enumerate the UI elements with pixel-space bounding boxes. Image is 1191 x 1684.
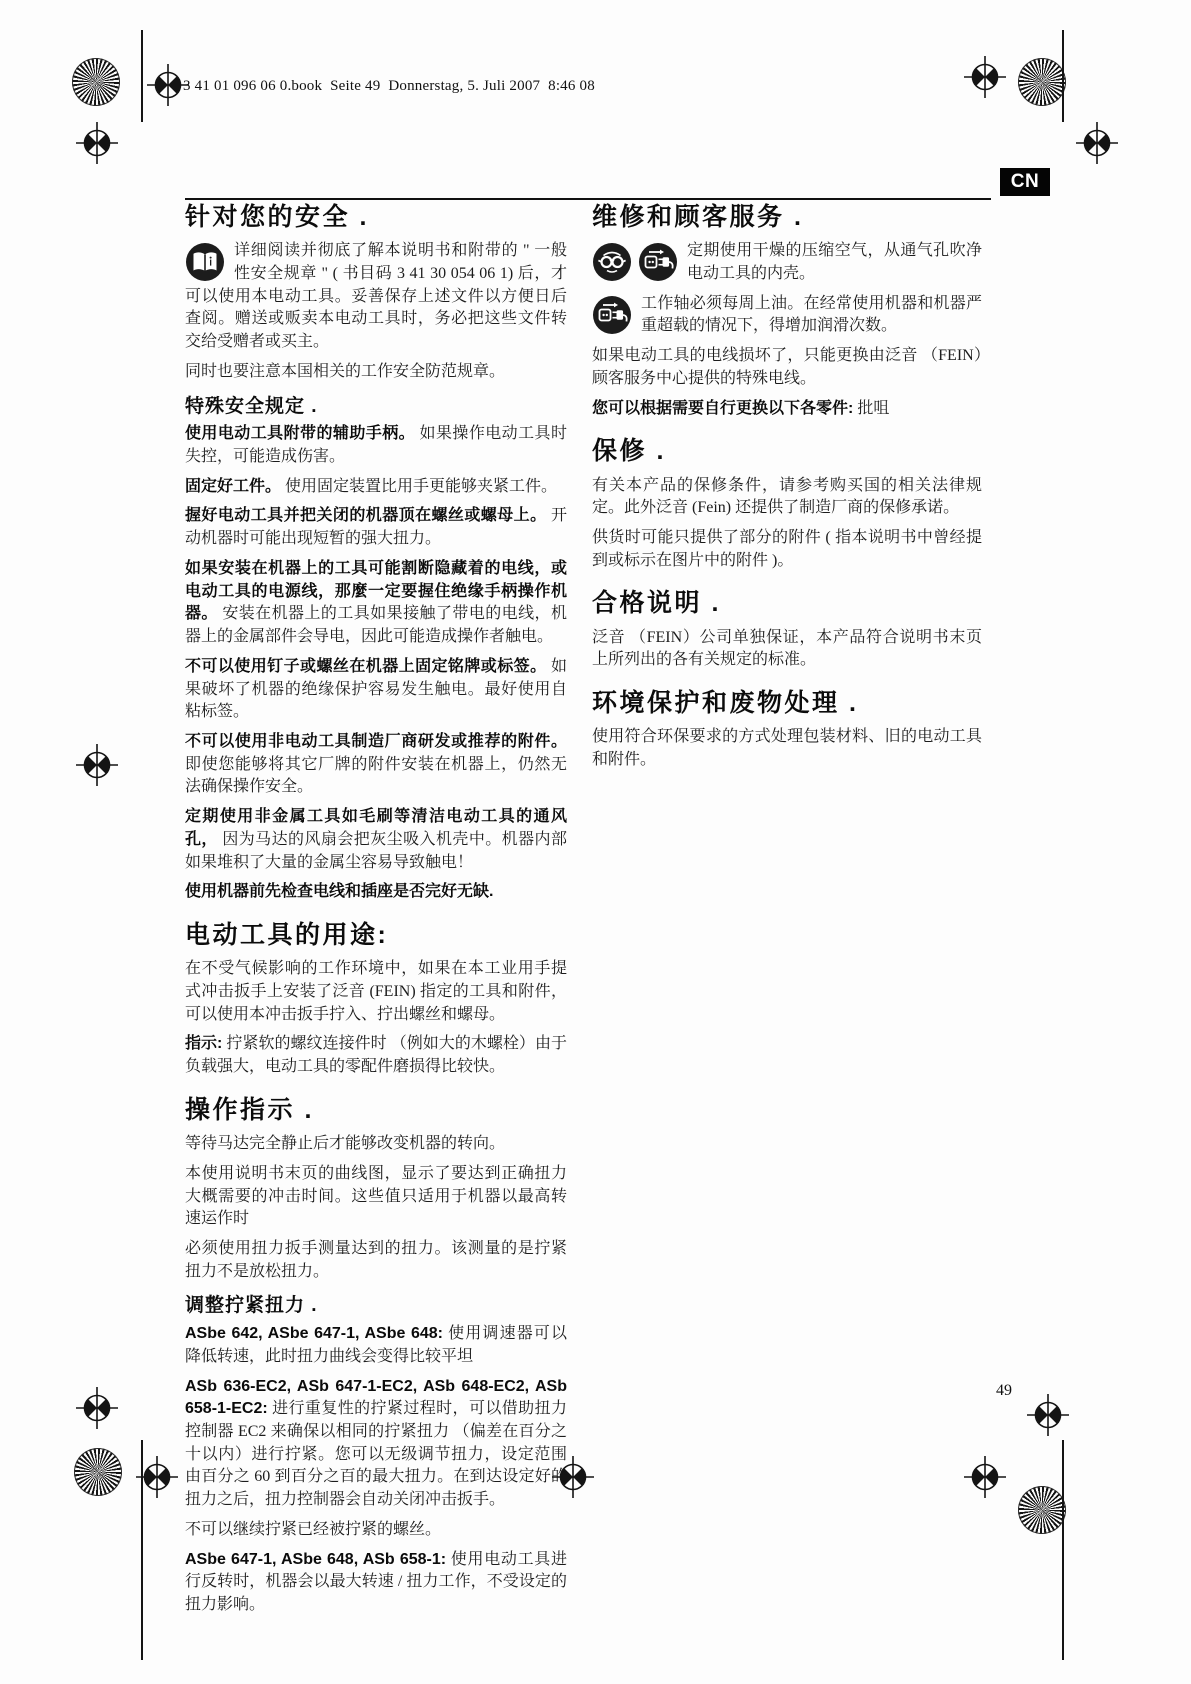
- column-right: 维修和顾客服务 .定期使用干燥的压缩空气，从通气孔吹净电动工具的内壳。工作轴必须…: [592, 202, 982, 779]
- paragraph-text: 同时也要注意本国相关的工作安全防范规章。: [185, 363, 505, 380]
- section-heading: 调整拧紧扭力 .: [185, 1294, 567, 1318]
- paragraph-text: 不可以继续拧紧已经被拧紧的螺丝。: [185, 1521, 441, 1538]
- paragraph-text: 使用符合环保要求的方式处理包装材料、旧的电动工具和附件。: [592, 728, 982, 768]
- paragraph: 同时也要注意本国相关的工作安全防范规章。: [185, 361, 567, 384]
- section-heading: 电动工具的用途:: [185, 920, 567, 951]
- paragraph: 工作轴必须每周上油。在经常使用机器和机器严重超载的情况下，得增加润滑次数。: [592, 293, 982, 338]
- paragraph-lead: 不可以使用非电动工具制造厂商研发或推荐的附件。: [185, 733, 567, 750]
- open-book-icon: [185, 242, 225, 282]
- paragraph: 握好电动工具并把关闭的机器顶在螺丝或螺母上。 开动机器时可能出现短暂的强大扭力。: [185, 505, 567, 550]
- registration-mark: [1075, 121, 1119, 165]
- registration-mark: [963, 1455, 1007, 1499]
- icon-row: [185, 242, 225, 282]
- section-heading: 合格说明 .: [592, 588, 982, 619]
- paragraph-text: 使用固定装置比用手更能够夹紧工件。: [285, 478, 557, 495]
- trim-line: [1062, 30, 1064, 122]
- paragraph: 不可以继续拧紧已经被拧紧的螺丝。: [185, 1519, 567, 1542]
- paragraph: 供货时可能只提供了部分的附件 ( 指本说明书中曾经提到或标示在图片中的附件 )。: [592, 527, 982, 572]
- language-badge: CN: [1000, 168, 1050, 196]
- icon-row: [592, 242, 678, 282]
- paragraph: 泛音 （FEIN）公司单独保证，本产品符合说明书末页上所列出的各有关规定的标准。: [592, 627, 982, 672]
- registration-mark: [963, 55, 1007, 99]
- paragraph: 有关本产品的保修条件，请参考购买国的相关法律规定。此外泛音 (Fein) 还提供…: [592, 475, 982, 520]
- paragraph: 本使用说明书末页的曲线图，显示了要达到正确扭力大概需要的冲击时间。这些值只适用于…: [185, 1163, 567, 1231]
- paragraph-text: 供货时可能只提供了部分的附件 ( 指本说明书中曾经提到或标示在图片中的附件 )。: [592, 529, 982, 569]
- paragraph: 使用机器前先检查电线和插座是否完好无缺.: [185, 881, 567, 904]
- column-left: 针对您的安全 .详细阅读并彻底了解本说明书和附带的 " 一般性安全规章 " ( …: [185, 202, 567, 1624]
- paragraph: 如果电动工具的电线损坏了，只能更换由泛音 （FEIN）顾客服务中心提供的特殊电线…: [592, 345, 982, 390]
- paragraph-lead: 使用电动工具附带的辅助手柄。: [185, 425, 415, 442]
- section-heading: 保修 .: [592, 436, 982, 467]
- trim-line: [1062, 1440, 1064, 1660]
- manual-page: 3 41 01 096 06 0.book Seite 49 Donnersta…: [0, 0, 1191, 1684]
- paragraph-lead: 指示:: [185, 1035, 222, 1052]
- paragraph-lead: 不可以使用钉子或螺丝在机器上固定铭牌或标签。: [185, 658, 547, 675]
- registration-mark: [75, 743, 119, 787]
- starburst-mark: [1018, 1486, 1066, 1534]
- paragraph: 指示: 拧紧软的螺纹连接件时 （例如大的木螺栓）由于负载强大，电动工具的零配件磨…: [185, 1033, 567, 1078]
- paragraph: 固定好工件。 使用固定装置比用手更能够夹紧工件。: [185, 476, 567, 499]
- print-header: 3 41 01 096 06 0.book Seite 49 Donnersta…: [183, 78, 595, 95]
- paragraph-text: 在不受气候影响的工作环境中，如果在本工业用手提式冲击扳手上安装了泛音 (FEIN…: [185, 960, 567, 1022]
- unplug-icon: [592, 295, 632, 335]
- section-heading: 维修和顾客服务 .: [592, 202, 982, 233]
- paragraph-text: 安装在机器上的工具如果接触了带电的电线，机器上的金属部件会导电，因此可能造成操作…: [185, 605, 567, 645]
- paragraph-text: 有关本产品的保修条件，请参考购买国的相关法律规定。此外泛音 (Fein) 还提供…: [592, 477, 982, 517]
- paragraph: ASbe 647-1, ASbe 648, ASb 658-1: 使用电动工具进…: [185, 1549, 567, 1617]
- paragraph: ASb 636-EC2, ASb 647-1-EC2, ASb 648-EC2,…: [185, 1376, 567, 1512]
- paragraph: 详细阅读并彻底了解本说明书和附带的 " 一般性安全规章 " ( 书目码 3 41…: [185, 240, 567, 354]
- paragraph-lead: ASbe 642, ASbe 647-1, ASbe 648:: [185, 1325, 443, 1342]
- starburst-mark: [74, 1448, 122, 1496]
- paragraph: 定期使用干燥的压缩空气，从通气孔吹净电动工具的内壳。: [592, 240, 982, 285]
- paragraph-text: 批咀: [857, 400, 889, 417]
- paragraph: 如果安装在机器上的工具可能割断隐藏着的电线，或电动工具的电源线，那麼一定要握住绝…: [185, 558, 567, 649]
- paragraph: 使用电动工具附带的辅助手柄。 如果操作电动工具时失控，可能造成伤害。: [185, 423, 567, 468]
- registration-mark: [1026, 1393, 1070, 1437]
- paragraph: 定期使用非金属工具如毛刷等清洁电动工具的通风孔， 因为马达的风扇会把灰尘吸入机壳…: [185, 806, 567, 874]
- section-heading: 环境保护和废物处理 .: [592, 688, 982, 719]
- paragraph: 等待马达完全静止后才能够改变机器的转向。: [185, 1133, 567, 1156]
- paragraph: 必须使用扭力扳手测量达到的扭力。该测量的是拧紧扭力不是放松扭力。: [185, 1238, 567, 1283]
- paragraph: 在不受气候影响的工作环境中，如果在本工业用手提式冲击扳手上安装了泛音 (FEIN…: [185, 958, 567, 1026]
- paragraph-lead: 使用机器前先检查电线和插座是否完好无缺.: [185, 883, 493, 900]
- paragraph-lead: 固定好工件。: [185, 478, 281, 495]
- registration-mark: [75, 121, 119, 165]
- paragraph: ASbe 642, ASbe 647-1, ASbe 648: 使用调速器可以降…: [185, 1323, 567, 1368]
- paragraph-text: 泛音 （FEIN）公司单独保证，本产品符合说明书末页上所列出的各有关规定的标准。: [592, 629, 982, 669]
- paragraph-lead: ASbe 647-1, ASbe 648, ASb 658-1:: [185, 1551, 446, 1568]
- trim-line: [141, 30, 143, 122]
- paragraph-lead: 您可以根据需要自行更换以下各零件:: [592, 400, 853, 417]
- registration-mark: [75, 1386, 119, 1430]
- section-heading: 特殊安全规定 .: [185, 395, 567, 419]
- paragraph: 使用符合环保要求的方式处理包装材料、旧的电动工具和附件。: [592, 726, 982, 771]
- paragraph-text: 拧紧软的螺纹连接件时 （例如大的木螺栓）由于负载强大，电动工具的零配件磨损得比较…: [185, 1035, 567, 1075]
- paragraph-text: 定期使用干燥的压缩空气，从通气孔吹净电动工具的内壳。: [687, 242, 982, 282]
- paragraph-text: 即使您能够将其它厂牌的附件安装在机器上，仍然无法确保操作安全。: [185, 756, 567, 796]
- page-number: 49: [592, 1382, 1012, 1400]
- registration-mark: [551, 1455, 595, 1499]
- paragraph-text: 必须使用扭力扳手测量达到的扭力。该测量的是拧紧扭力不是放松扭力。: [185, 1240, 567, 1280]
- registration-mark: [146, 63, 190, 107]
- paragraph-text: 工作轴必须每周上油。在经常使用机器和机器严重超载的情况下，得增加润滑次数。: [641, 295, 982, 335]
- paragraph: 不可以使用钉子或螺丝在机器上固定铭牌或标签。 如果破坏了机器的绝缘保护容易发生触…: [185, 656, 567, 724]
- unplug-icon: [638, 242, 678, 282]
- goggles-icon: [592, 242, 632, 282]
- header-rule: [185, 198, 991, 200]
- paragraph-lead: 握好电动工具并把关闭的机器顶在螺丝或螺母上。: [185, 507, 547, 524]
- paragraph-text: 等待马达完全静止后才能够改变机器的转向。: [185, 1135, 505, 1152]
- section-heading: 针对您的安全 .: [185, 202, 567, 233]
- paragraph: 您可以根据需要自行更换以下各零件: 批咀: [592, 398, 982, 421]
- section-heading: 操作指示 .: [185, 1095, 567, 1126]
- paragraph: 不可以使用非电动工具制造厂商研发或推荐的附件。 即使您能够将其它厂牌的附件安装在…: [185, 731, 567, 799]
- paragraph-text: 如果电动工具的电线损坏了，只能更换由泛音 （FEIN）顾客服务中心提供的特殊电线…: [592, 347, 982, 387]
- paragraph-text: 详细阅读并彻底了解本说明书和附带的 " 一般性安全规章 " ( 书目码 3 41…: [185, 242, 567, 350]
- starburst-mark: [72, 58, 120, 106]
- trim-line: [141, 1440, 143, 1660]
- icon-row: [592, 295, 632, 335]
- paragraph-text: 本使用说明书末页的曲线图，显示了要达到正确扭力大概需要的冲击时间。这些值只适用于…: [185, 1165, 567, 1227]
- starburst-mark: [1018, 58, 1066, 106]
- paragraph-text: 因为马达的风扇会把灰尘吸入机壳中。机器内部如果堆积了大量的金属尘容易导致触电！: [185, 831, 567, 871]
